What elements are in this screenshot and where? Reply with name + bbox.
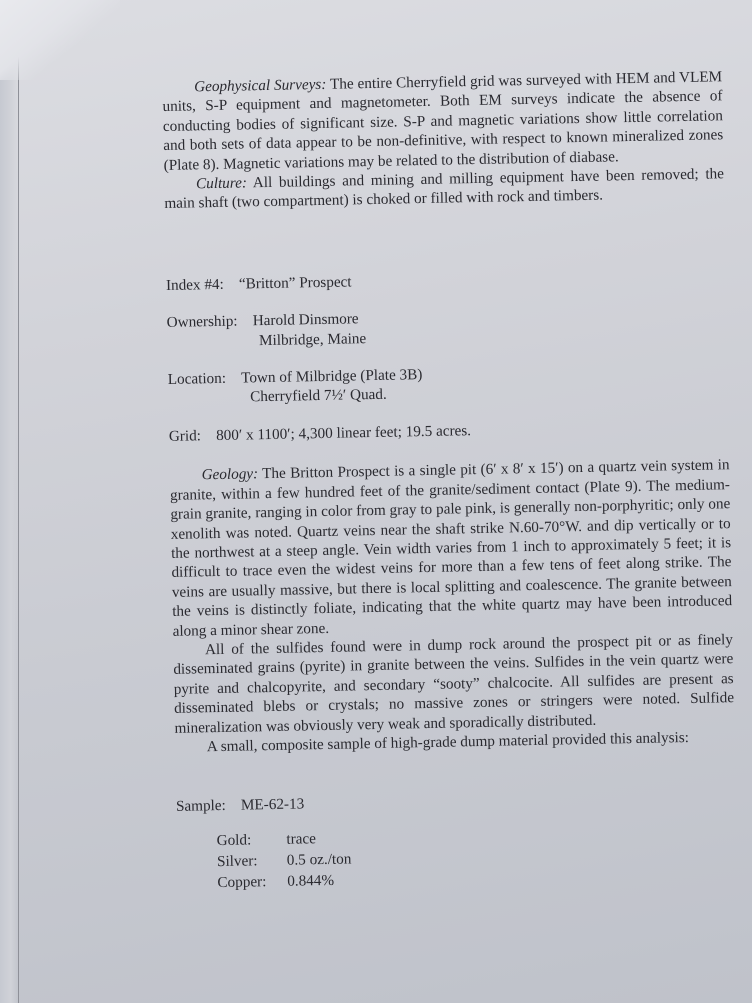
assay-element: Silver: (217, 850, 283, 872)
grid-label: Grid: (169, 427, 201, 445)
assay-element: Copper: (217, 871, 283, 893)
sample-label: Sample: (176, 797, 226, 815)
location-line-1: Town of Milbridge (Plate 3B) (241, 366, 422, 386)
document-page: Geophysical Surveys: The entire Cherryfi… (162, 67, 738, 893)
sample-section: Sample: ME-62-13 Gold: trace Silver: 0.5… (176, 786, 738, 893)
assay-value: trace (286, 830, 316, 848)
geology-section: Geology: The Britton Prospect is a singl… (169, 455, 734, 757)
grid-value: 800′ x 1100′; 4,300 linear feet; 19.5 ac… (216, 422, 471, 444)
ownership-label: Ownership: (167, 313, 238, 331)
grid-field: Grid: 800′ x 1100′; 4,300 linear feet; 1… (169, 416, 729, 446)
page-binding-edge (0, 0, 19, 1003)
ownership-line-1: Harold Dinsmore (253, 311, 359, 330)
geology-paragraph-2: All of the sulfides found were in dump r… (173, 630, 735, 738)
culture-heading: Culture: (196, 174, 247, 192)
assay-value: 0.5 oz./ton (287, 850, 352, 868)
geology-heading: Geology: (201, 466, 258, 484)
page-fold-shadow (0, 0, 120, 80)
geology-text-1: The Britton Prospect is a single pit (6′… (170, 456, 732, 639)
index-value: “Britton” Prospect (239, 273, 352, 292)
assay-value: 0.844% (287, 872, 334, 890)
index-label: Index #4: (166, 276, 224, 294)
assay-table: Gold: trace Silver: 0.5 oz./ton Copper: … (176, 820, 737, 894)
sample-id: ME-62-13 (241, 796, 305, 814)
location-field: Location: Town of Milbridge (Plate 3B) C… (168, 359, 729, 409)
geophysical-surveys-paragraph: Geophysical Surveys: The entire Cherryfi… (162, 67, 724, 175)
ownership-field: Ownership: Harold Dinsmore Milbridge, Ma… (167, 302, 728, 352)
geology-paragraph-1: Geology: The Britton Prospect is a singl… (169, 455, 732, 640)
location-label: Location: (168, 370, 227, 388)
assay-element: Gold: (216, 829, 282, 851)
geophysical-surveys-heading: Geophysical Surveys: (194, 76, 326, 96)
